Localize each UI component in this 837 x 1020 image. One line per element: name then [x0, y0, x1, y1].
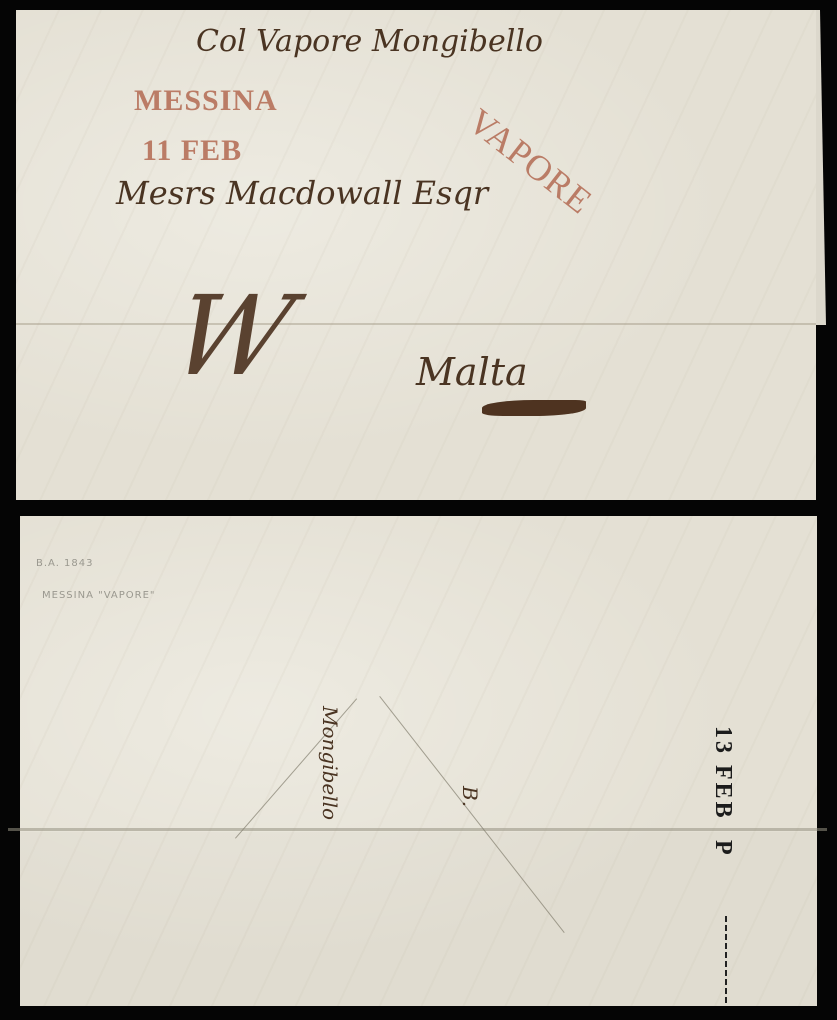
docket-manuscript: Mongibello	[318, 706, 342, 820]
fold-line	[8, 828, 827, 831]
docket-initial: B.	[458, 786, 482, 807]
malta-backstamp-letter: P	[709, 840, 736, 855]
malta-backstamp-date: 13 FEB	[709, 726, 736, 821]
pencil-note: B.A. 1843	[36, 558, 94, 569]
lower-fold-panel	[20, 832, 817, 1006]
addressee-manuscript: Mesrs Macdowall Esqr	[116, 174, 488, 212]
messina-postmark-town: MESSINA	[134, 84, 278, 118]
backstamp-border-line	[725, 916, 727, 1004]
messina-postmark-date: 11 FEB	[142, 134, 242, 168]
paper-flap-edge	[816, 10, 826, 325]
pencil-note: MESSINA "VAPORE"	[42, 590, 156, 601]
manuscript-mark: W	[160, 272, 305, 400]
letter-front: Col Vapore Mongibello MESSINA 11 FEB VAP…	[16, 10, 816, 500]
routing-manuscript: Col Vapore Mongibello	[196, 24, 543, 59]
fold-line	[16, 323, 816, 325]
underline-stroke	[482, 400, 586, 416]
destination-manuscript: Malta	[416, 350, 528, 394]
letter-back: B.A. 1843 MESSINA "VAPORE" Mongibello B.…	[20, 516, 817, 1006]
